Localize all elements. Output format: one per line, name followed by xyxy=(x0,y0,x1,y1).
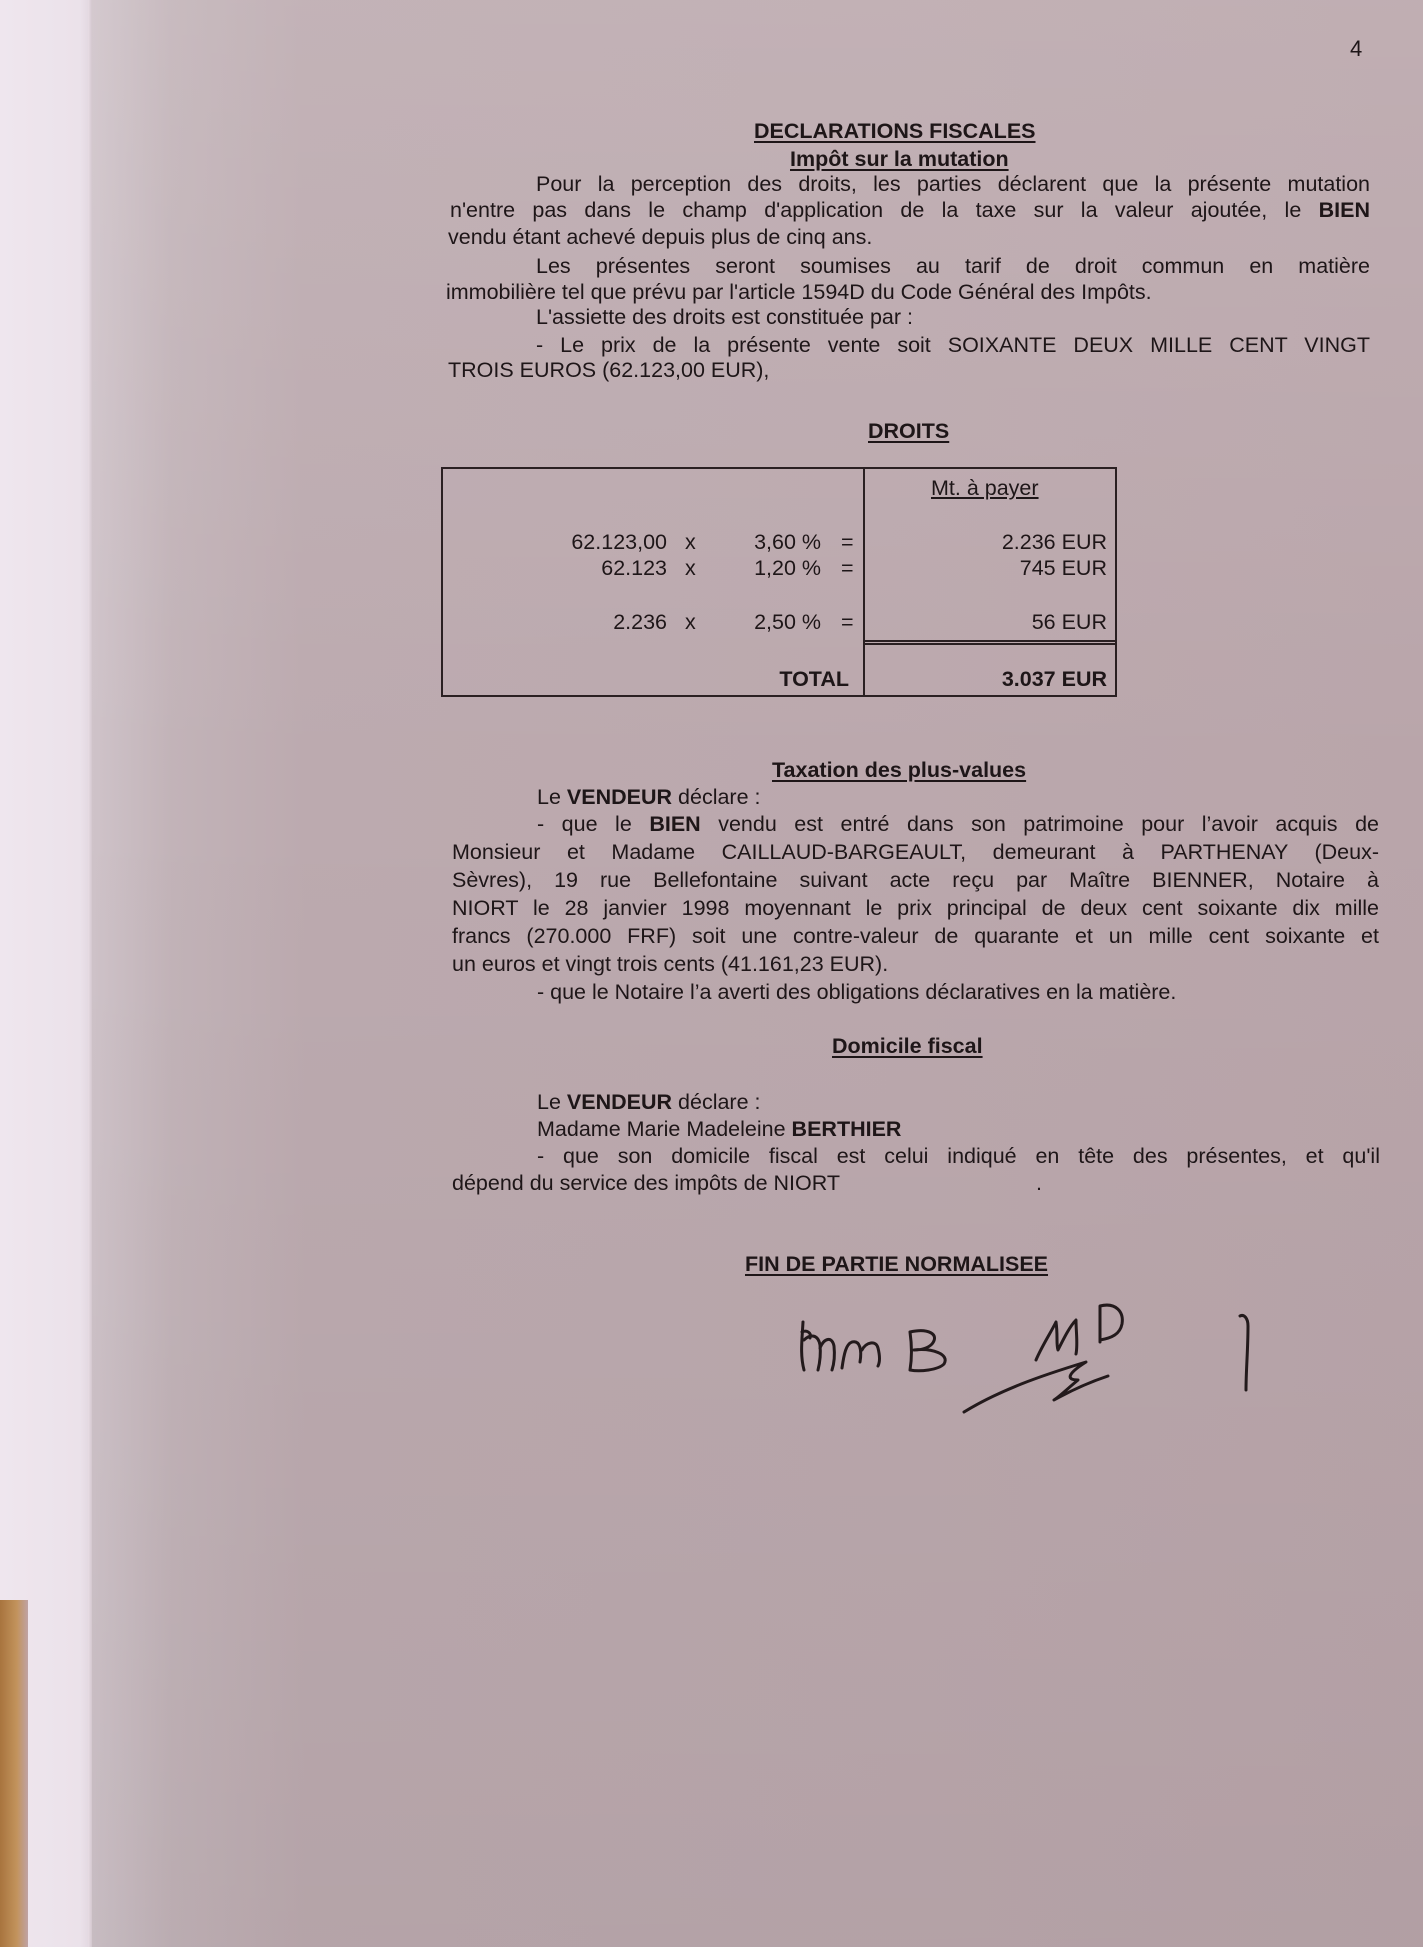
table-cell-op: x xyxy=(685,555,696,581)
text-span: déclare : xyxy=(678,785,760,809)
paragraph-line: Monsieur et Madame CAILLAUD-BARGEAULT, d… xyxy=(452,839,1379,865)
text-span: vendu est entré dans son patrimoine pour… xyxy=(718,812,1379,836)
paragraph-line: Le VENDEUR déclare : xyxy=(537,784,761,810)
section-title-domicile: Domicile fiscal xyxy=(832,1033,983,1059)
paragraph-line: Sèvres), 19 rue Bellefontaine suivant ac… xyxy=(452,867,1379,893)
text-span: Le xyxy=(537,785,561,809)
table-cell-rate: 2,50 % xyxy=(754,609,821,635)
text-span: Le xyxy=(537,1090,561,1114)
table-cell-eq: = xyxy=(841,555,854,581)
section-title-fin: FIN DE PARTIE NORMALISEE xyxy=(745,1251,1048,1277)
paragraph-line: NIORT le 28 janvier 1998 moyennant le pr… xyxy=(452,895,1379,921)
paragraph-line: L'assiette des droits est constituée par… xyxy=(536,304,913,330)
bold-text: BIEN xyxy=(1319,198,1370,222)
trailing-dot: . xyxy=(1036,1170,1042,1196)
table-cell-base: 62.123 xyxy=(601,555,667,581)
page-curl xyxy=(0,1600,28,1947)
table-cell-eq: = xyxy=(841,609,854,635)
paragraph-line: vendu étant achevé depuis plus de cinq a… xyxy=(448,224,872,250)
paragraph-line: immobilière tel que prévu par l'article … xyxy=(446,279,1152,305)
table-cell-amount: 745 EUR xyxy=(1020,555,1107,581)
section-title-declarations: DECLARATIONS FISCALES xyxy=(754,118,1036,144)
paragraph-line: - que le BIEN vendu est entré dans son p… xyxy=(537,811,1379,837)
table-cell-amount: 2.236 EUR xyxy=(1002,529,1107,555)
paragraph-line: - Le prix de la présente vente soit SOIX… xyxy=(536,332,1370,358)
paragraph-line: - que le Notaire l’a averti des obligati… xyxy=(537,979,1176,1005)
paragraph-line: un euros et vingt trois cents (41.161,23… xyxy=(452,951,888,977)
text-span: - que le xyxy=(537,812,632,836)
bold-text: VENDEUR xyxy=(567,785,672,809)
amount-header: Mt. à payer xyxy=(931,475,1039,501)
paragraph-line: Les présentes seront soumises au tarif d… xyxy=(536,253,1370,279)
table-divider xyxy=(863,469,865,695)
paragraph-line: francs (270.000 FRF) soit une contre-val… xyxy=(452,923,1379,949)
total-separator xyxy=(864,640,1115,645)
table-cell-eq: = xyxy=(841,529,854,555)
paragraph-line: Pour la perception des droits, les parti… xyxy=(536,171,1370,197)
table-cell-op: x xyxy=(685,529,696,555)
subsection-title-mutation: Impôt sur la mutation xyxy=(790,146,1009,172)
text-span: déclare : xyxy=(678,1090,760,1114)
paragraph-line: n'entre pas dans le champ d'application … xyxy=(450,197,1370,223)
bold-text: VENDEUR xyxy=(567,1090,672,1114)
droits-table: Mt. à payer 62.123,00 x 3,60 % = 2.236 E… xyxy=(441,467,1117,697)
table-cell-base: 2.236 xyxy=(613,609,667,635)
page-number: 4 xyxy=(1350,36,1362,62)
section-title-droits: DROITS xyxy=(868,418,949,444)
section-title-plus-values: Taxation des plus-values xyxy=(772,757,1026,783)
table-cell-op: x xyxy=(685,609,696,635)
text-span: Madame Marie Madeleine xyxy=(537,1117,786,1141)
text-span: n'entre pas dans le champ d'application … xyxy=(450,198,1301,222)
table-cell-amount: 56 EUR xyxy=(1032,609,1107,635)
paragraph-line: Le VENDEUR déclare : xyxy=(537,1089,761,1115)
table-cell-rate: 1,20 % xyxy=(754,555,821,581)
paragraph-line: Madame Marie Madeleine BERTHIER xyxy=(537,1116,901,1142)
table-cell-base: 62.123,00 xyxy=(571,529,667,555)
total-amount: 3.037 EUR xyxy=(1002,666,1107,692)
paragraph-line: TROIS EUROS (62.123,00 EUR), xyxy=(448,357,769,383)
bold-text: BERTHIER xyxy=(792,1117,902,1141)
paragraph-line: - que son domicile fiscal est celui indi… xyxy=(537,1143,1380,1169)
paragraph-line: dépend du service des impôts de NIORT xyxy=(452,1170,840,1196)
total-label: TOTAL xyxy=(779,666,849,692)
table-cell-rate: 3,60 % xyxy=(754,529,821,555)
handwritten-initials: MMB xyxy=(760,1290,1300,1450)
bold-text: BIEN xyxy=(649,812,700,836)
